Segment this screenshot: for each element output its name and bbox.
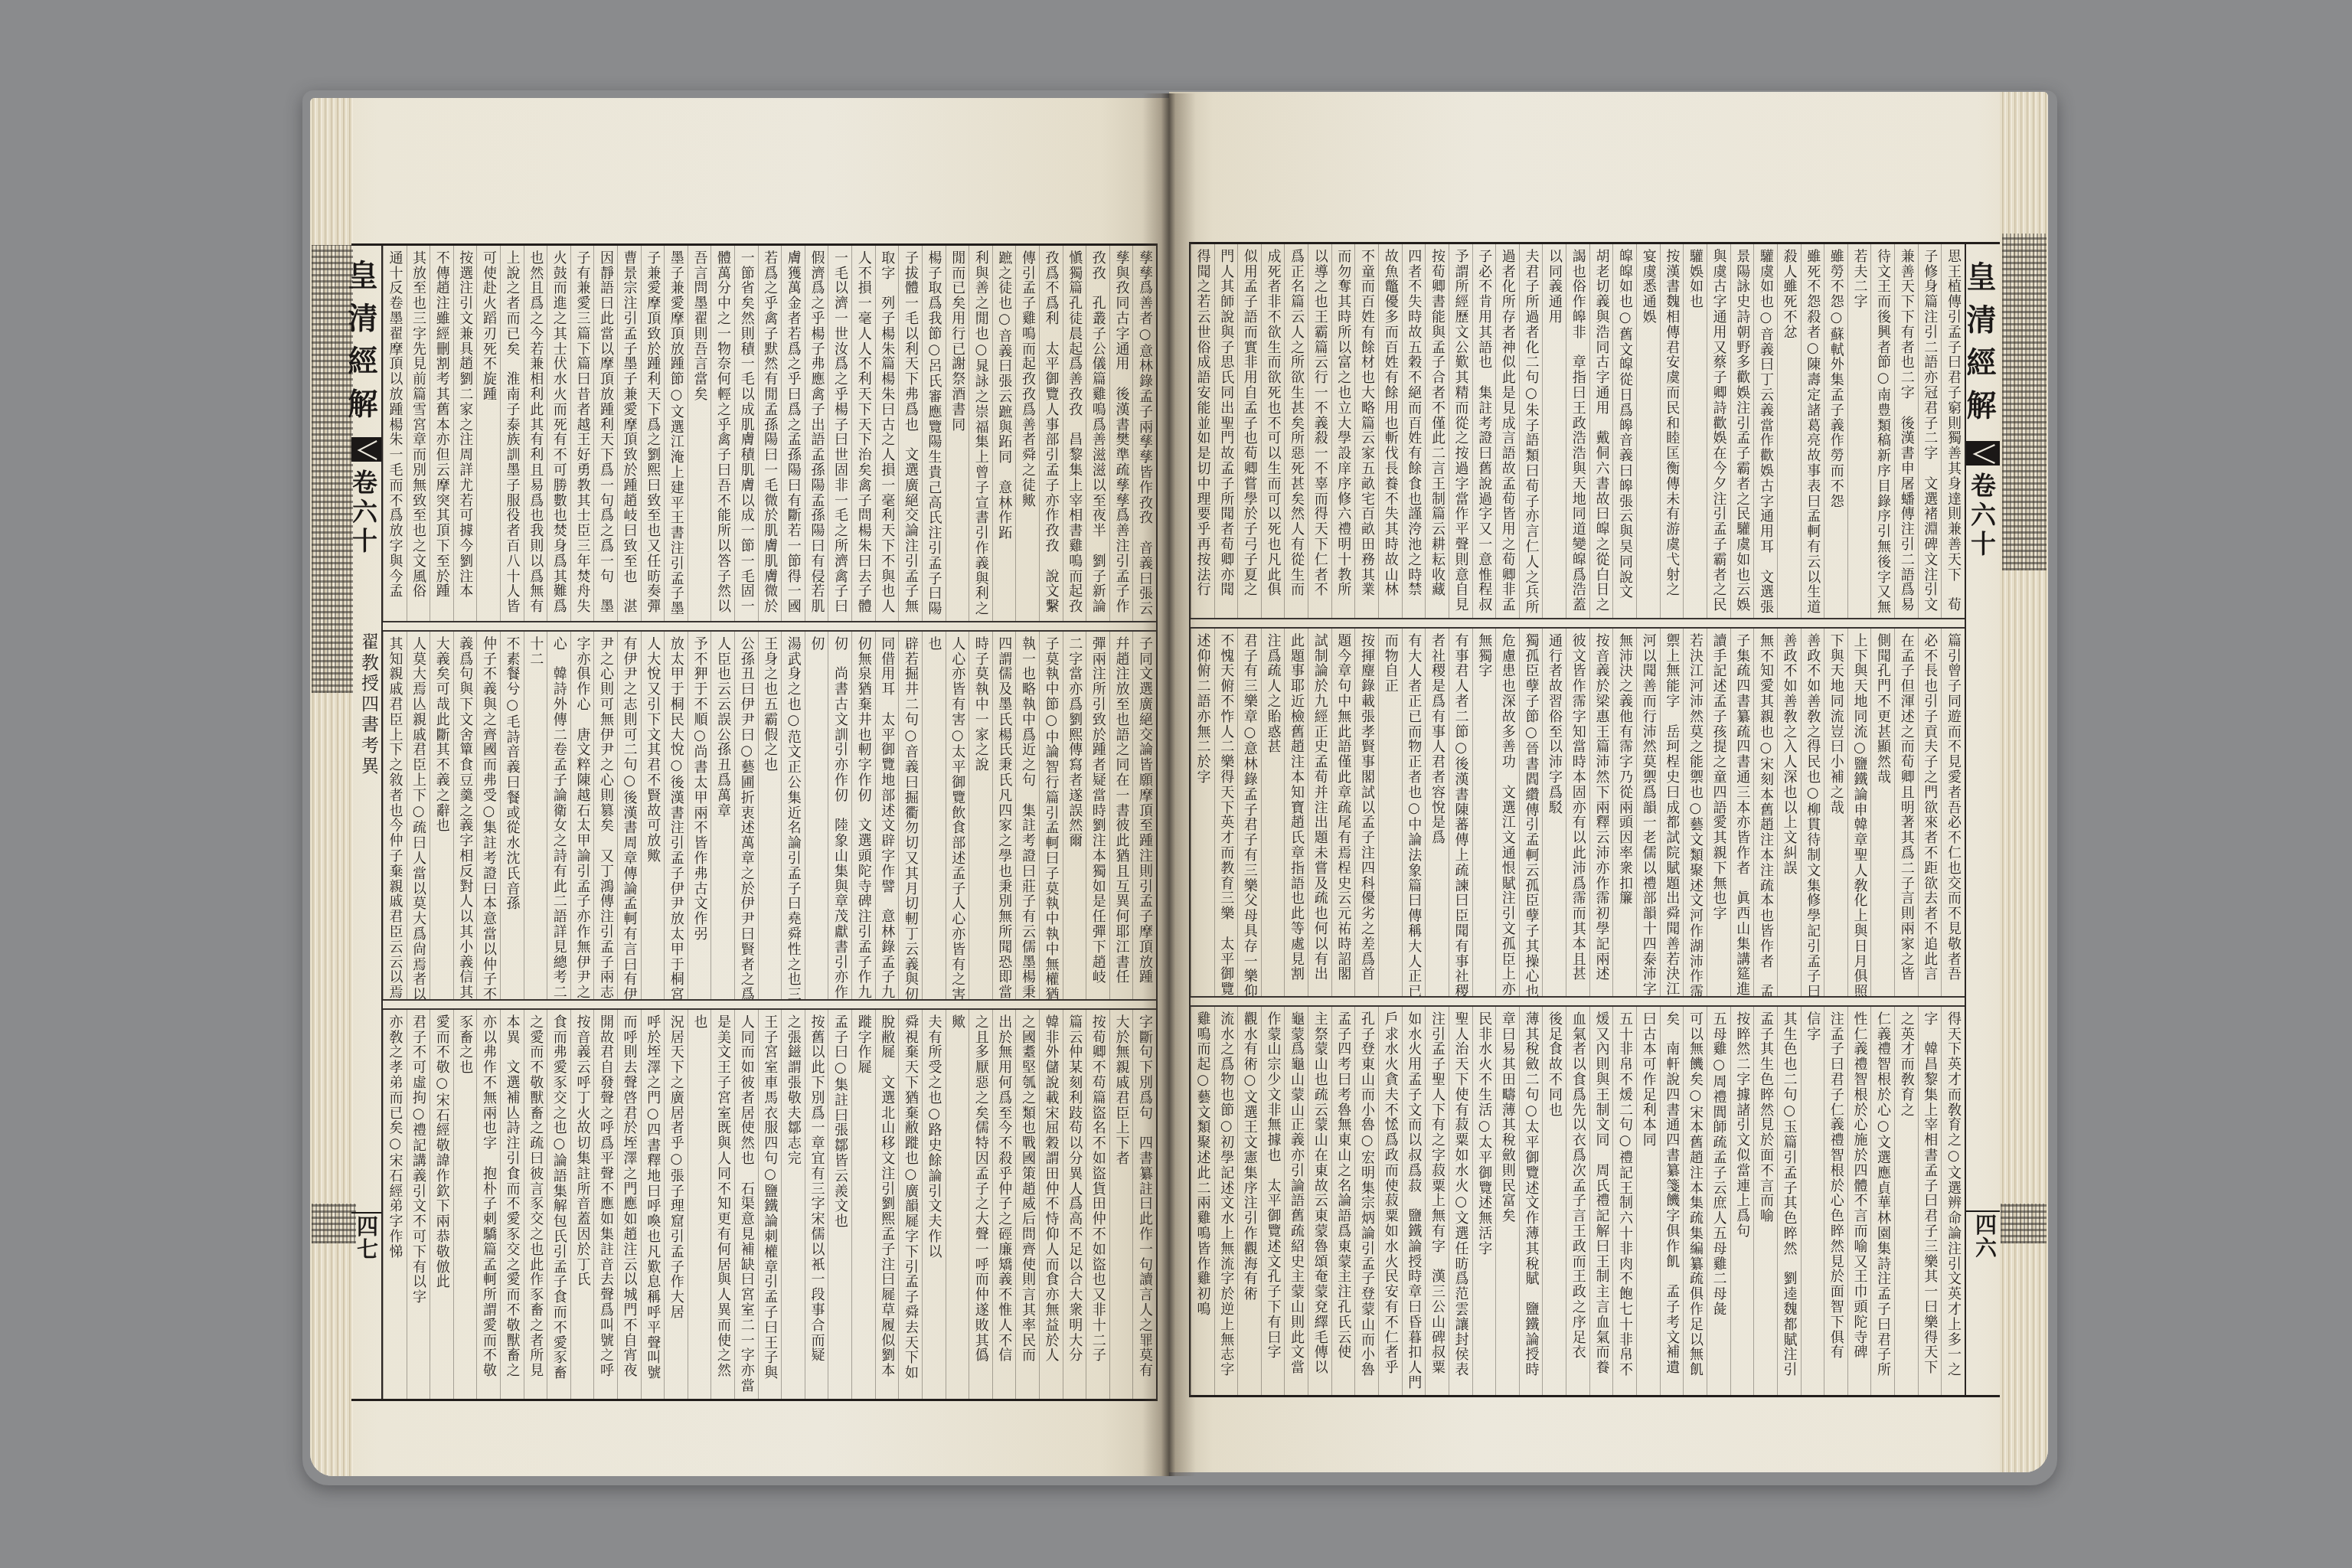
text-column: 本異 文選補亾詩注引食而不愛豕交之愛而不敬獸畜之 xyxy=(500,1010,524,1399)
text-column: 傳引孟子雞鳴而起孜孜爲善者舜之徒歟 xyxy=(1015,246,1039,621)
text-column: 其放至也三字先見前篇雪宮章而別無致至也之文風俗 xyxy=(407,246,430,621)
text-column: 曰古本可作足利本同 xyxy=(1636,1007,1660,1395)
text-column: 仞無泉猶棄井也軔字作仞 文選頭陀寺碑注引孟子作九 xyxy=(851,632,875,999)
text-column: 君子不可虛拘○禮記講義引文不可下有以字 xyxy=(407,1010,430,1399)
register-middle: 篇引曾子同遊而不見愛者吾必不仁也交而不見敬者吾必不長也引子貢夫子之門欲來者不距欲… xyxy=(1191,627,1965,998)
text-column: 孔子登東山而小魯○宏明集宗炳論引孟子登蒙山而小魯 xyxy=(1354,1007,1378,1395)
text-column: 因靜語曰此當以摩頂放踵利天下爲一句爲之爲一句 墨 xyxy=(593,246,617,621)
text-column: 此題事耶近檢舊趙注本知寶趙氏章指語也此等處見割 xyxy=(1284,629,1308,996)
text-column: 門人其師說與子思氏同出聖門故孟子所聞者荀卿亦聞 xyxy=(1214,244,1238,618)
text-column: 危慮患也深故多善功 文選江文通恨賦注引文孤臣上亦 xyxy=(1495,629,1519,996)
text-column: 愼獨篇孔徒晨起爲善孜孜 昌黎集上宰相書雞鳴而起孜 xyxy=(1063,246,1086,621)
text-column: 下與天地同流豈曰小補之哉 xyxy=(1824,629,1847,996)
text-column: 不愧天俯不怍人二樂得天下英才而教育三樂 太平御覽 xyxy=(1214,629,1238,996)
text-column: 予不狎于不順○尚書太甲兩不皆作弗古文作弜 xyxy=(688,632,711,999)
text-column: 公孫丑曰伊尹曰○藝圃折衷述萬章之於伊尹曰賢者之爲 xyxy=(734,632,758,999)
text-column: 韓非外儲說載宋屈穀謂田仲不恃仰人而食亦無益於人 xyxy=(1039,1010,1063,1399)
text-column: 不童而百姓有餘材也大略篇云家五畝宅百畝田務其業 xyxy=(1354,244,1378,618)
text-column: 食而弗愛豕交之也○論語集解包氏引孟子食而不愛豕畜 xyxy=(547,1010,570,1399)
page-margin-column: 皇清經解 卷六十 翟教授四書考異 四七 xyxy=(351,246,383,1399)
text-column: 以導之也王霸篇云行一不義殺一不辜而得天下仁者不 xyxy=(1308,244,1331,618)
text-column: 子拔體一毛以利天下弗爲也 文選廣絕交論注引孟子無 xyxy=(898,246,922,621)
text-column: 兼善天下下有者也二字 後漢書申屠蟠傳注引二語爲易 xyxy=(1894,244,1918,618)
text-column: 有伊尹之志則可二句○後漢書周章傳論孟軻有言曰有伊 xyxy=(617,632,641,999)
register-bottom: 得天下英才而敎育之○文選辨命論注引文英才上多一之字 韓昌黎集上宰相書孟子曰君子三… xyxy=(1191,1005,1965,1395)
text-column: 執一也略執中爲近之句 集註考證曰莊子有云儒墨楊秉 xyxy=(1015,632,1039,999)
text-column: 吾言問墨翟則吾言當矣 xyxy=(688,246,711,621)
text-column: 信字 xyxy=(1801,1007,1824,1395)
fishtail-mark-icon xyxy=(1966,441,2000,465)
text-column: 必不長也引子貢夫子之門欲來者不距欲去者不追此言 xyxy=(1918,629,1942,996)
text-column: 民非水火不生活○太平御覽述無活字 xyxy=(1472,1007,1496,1395)
text-column: 雖勞不怨○蘇軾外集孟子義作勞而不怨 xyxy=(1824,244,1847,618)
text-column: 子兼愛摩頂致於踵利天下爲之劉熙曰致至也又任昉奏彈 xyxy=(641,246,665,621)
text-column: 豕畜之也 xyxy=(453,1010,477,1399)
text-column: 夫有所受之也○路史餘論引文夫作以 xyxy=(922,1010,946,1399)
page-number-rule xyxy=(1966,1210,2000,1212)
text-column: 者社稷是爲有事人君者容悅是爲 xyxy=(1425,629,1449,996)
text-column: 薄其稅斂二句○太平御覽述文作薄其稅賦 鹽鐵論授時 xyxy=(1519,1007,1543,1395)
text-column: 仲子不義與之齊國而弗受○集註考證曰本意當以仲子不 xyxy=(476,632,500,999)
text-column: 謁也俗作皞非 章指曰王政浩浩與天地同道變皡爲浩蓋 xyxy=(1566,244,1589,618)
text-column: 篇云仲某刻利跂苟以分異人爲高不足以合大衆明大分 xyxy=(1063,1010,1086,1399)
text-column: 脫敝屣 文選北山移文注引劉熙孟子注曰屣草履似劉本 xyxy=(875,1010,899,1399)
text-column: 宴虞悉通娛 xyxy=(1636,244,1660,618)
text-column: 殺人雖死不忿 xyxy=(1777,244,1801,618)
text-column: 按荀卿不苟篇盜名不如盜貨田仲不如盜也又非十二子 xyxy=(1086,1010,1109,1399)
text-column: 禦上無能字 岳珂桯史曰成都試院賦題出舜聞善若決江 xyxy=(1660,629,1684,996)
text-column: 仞 尚書古文訓引亦作仞 陸象山集與章茂獻書引亦作 xyxy=(828,632,851,999)
text-column: 側聞孔門不更甚顯然哉 xyxy=(1870,629,1894,996)
text-column: 驩虞如也○音義曰丁云義當作歡娛古字通用耳 文選張 xyxy=(1753,244,1777,618)
text-column: 子有兼愛三篇下篇曰昔者越王好勇教其士臣三年焚舟失 xyxy=(570,246,594,621)
text-registers: 孳孳爲善者○意林錄孟子兩孳孳皆作孜孜 音義曰張云孳與孜同古字通用 後漢書樊準疏孳… xyxy=(383,246,1156,1399)
text-column: 可以無饑矣○宋本舊趙注本集疏集編纂疏俱作足以無飢 xyxy=(1683,1007,1707,1395)
text-column: 題今章句中無此語僅此章疏尾有焉桯史云元祐時詔閣 xyxy=(1331,629,1355,996)
text-column: 也 xyxy=(922,632,946,999)
book-title: 皇清經解 xyxy=(351,260,381,431)
text-column: 開故君自發聲之呼爲平聲不應如集註音去聲爲叫號之呼 xyxy=(593,1010,617,1399)
text-column: 十二 xyxy=(524,632,547,999)
text-column: 子修身篇注引二語亦冠君子二字 文選褚淵碑文注引文 xyxy=(1918,244,1942,618)
text-column: 試制論於九經正史孟荀并注出題未嘗及疏也何以有出 xyxy=(1308,629,1331,996)
text-column: 取字 列子楊朱篇楊朱曰古之人損一毫利天下不與也人 xyxy=(875,246,899,621)
text-column: 孟子四考曰考魯無東山之名論語爲東蒙主注孔氏云使 xyxy=(1331,1007,1355,1395)
text-column: 五十非帛不煖二句○禮記王制六十非肉不飽七十非帛不 xyxy=(1612,1007,1636,1395)
text-column: 獨孤臣孽子節○晉書閻纘傳引孟軻云孤臣孽子其操心也 xyxy=(1519,629,1543,996)
text-column: 無獨字 xyxy=(1472,629,1496,996)
text-column: 按選注引文兼具趙劉二家之注周詳尤若可據今劉注本 xyxy=(453,246,477,621)
text-column: 之愛而不敬獸畜之疏曰彼言豕交之也此作豕畜之者所見 xyxy=(524,1010,547,1399)
text-column: 大義矣可哉此斷其不義之辭也 xyxy=(430,632,453,999)
text-column: 孟子其生色睟然見於面不言而喻 xyxy=(1753,1007,1777,1395)
text-column: 人心亦皆有害○太平御覽飲食部述孟子人心亦皆有之害 xyxy=(946,632,969,999)
text-column: 王子宮室車馬衣服四句○鹽鐵論刺權章引孟子曰王子與 xyxy=(758,1010,782,1399)
text-column: 按音義云呼丁火故切集註所音蓋因於丁氏 xyxy=(570,1010,594,1399)
text-column: 愛而不敬○宋石經敬諱作欽下兩恭敬倣此 xyxy=(430,1010,453,1399)
register-bottom: 字斷句下別爲句 四書纂註曰此作一句讀言人之罪莫有大於無親戚君臣上下者按荀卿不苟篇… xyxy=(383,1008,1156,1399)
text-column: 上說之者而已矣 淮南子泰族訓墨子服役者百八十人皆 xyxy=(500,246,524,621)
text-column: 有事君人者二節○後漢書陳蕃傳上疏諫曰臣聞有事社稷 xyxy=(1449,629,1472,996)
text-column: 通十反卷墨翟摩頂以放踵楊朱一毛而不爲放字與今孟 xyxy=(383,246,407,621)
text-column: 無不知愛其親也○宋刻本舊趙注本注疏本也皆作者 孟 xyxy=(1753,629,1777,996)
text-column: 子莫執中節○中論智行篇引孟軻曰子莫執中執中無權猶 xyxy=(1039,632,1063,999)
text-column: 按睟然二字據諸引文似當連上爲句 xyxy=(1730,1007,1754,1395)
text-column: 仞 xyxy=(805,632,828,999)
text-column: 亦敎之孝弟而已矣○宋石經弟字作悌 xyxy=(383,1010,407,1399)
text-registers: 思王植傳引孟子曰君子窮則獨善其身達則兼善天下 荀子修身篇注引二語亦冠君子二字 文… xyxy=(1191,244,1965,1395)
text-column: 河以聞善而行沛然莫禦爲韻一老儒以禮部韻十四泰沛字 xyxy=(1636,629,1660,996)
text-column: 假濟爲之乎楊子弗應禽子出語孟孫陽孟孫陽曰有侵若肌 xyxy=(805,246,828,621)
text-column: 蹠之徒也○音義曰張云蹠與跖同 意林作跖 xyxy=(992,246,1016,621)
text-column: 若決江河沛然莫之能禦也○藝文類聚述文河作湖沛作霈 xyxy=(1683,629,1707,996)
text-column: 予謂所經歷文公歎其精而從之按過字當作平聲則意自見 xyxy=(1449,244,1472,618)
text-column: 待文王而後興者節○南豊類稿新序目錄序引無後字又無 xyxy=(1870,244,1894,618)
text-column: 孟子曰○集註曰張鄒皆云羨文也 xyxy=(828,1010,851,1399)
text-column: 不傳趙注雖經刪割考其舊本亦但云摩突其頂下至於踵 xyxy=(430,246,453,621)
text-column: 善政不如善敎之得民也○柳貫待制文集修學記引孟子曰 xyxy=(1801,629,1824,996)
text-column: 注引孟子聖人下有之字菽粟上無有字 漢三公山碑叔粟 xyxy=(1425,1007,1449,1395)
page-margin-column: 皇清經解 卷六十 四六 xyxy=(1965,244,2000,1395)
text-column: 可使赴火蹈刃死不旋踵 xyxy=(476,246,500,621)
text-column: 體萬分中之一物奈何輕之乎禽子曰吾不能所以答子然以 xyxy=(710,246,734,621)
text-column: 同借用耳 太平御覽地部述文辟字作譬 意林錄孟子九 xyxy=(875,632,899,999)
text-column: 龜蒙爲龜山蒙山正義亦引論語舊疏紹史主蒙山則此文當 xyxy=(1284,1007,1308,1395)
text-column: 人大悅又引下文其君不賢故可放歟 xyxy=(641,632,665,999)
text-column: 湯武身之也○范文正公集近名論引孟子曰堯舜性之也三 xyxy=(781,632,805,999)
register-top: 孳孳爲善者○意林錄孟子兩孳孳皆作孜孜 音義曰張云孳與孜同古字通用 後漢書樊準疏孳… xyxy=(383,246,1156,622)
text-column: 心 韓詩外傳二卷孟子論衛女之詩有此二語詳見總考二 xyxy=(547,632,570,999)
text-column: 子必不肯用其語也 集註考證曰舊說過字又一意惟程叔 xyxy=(1472,244,1496,618)
text-column: 注孟子曰君子仁義禮智根於心色睟然見於面智下俱有 xyxy=(1824,1007,1847,1395)
text-column: 夫君子所過者化二句○朱子語類曰荀子亦言仁人之兵所 xyxy=(1519,244,1543,618)
text-column: 無沛決之義他有霈字乃從兩頭因率衆扣簾 xyxy=(1612,629,1636,996)
text-column: 若爲之乎禽子默然有閒孟孫陽曰一毛微於肌膚肌膚微於 xyxy=(758,246,782,621)
text-column: 胡老切義與浩同古字通用 戴侗六書故曰皡之從白日之 xyxy=(1589,244,1613,618)
text-column: 主祭蒙山也疏云蒙山在東故云東蒙魯頌奄蒙兗繹毛傳以 xyxy=(1308,1007,1331,1395)
text-column: 血氣者以食爲先以衣爲次孟子言王政而王政之序足衣 xyxy=(1566,1007,1589,1395)
text-column: 得天下英才而敎育之○文選辨命論注引文英才上多一之 xyxy=(1941,1007,1965,1395)
volume-label: 卷六十 xyxy=(351,469,381,557)
text-column: 人不損一毫人人不利天下天下治矣禽子問楊朱曰去子體 xyxy=(851,246,875,621)
text-column: 人臣也云云誤公孫丑爲萬章 xyxy=(710,632,734,999)
text-column: 也然且爲之今若兼相利此其有利且易爲也我則以爲無有 xyxy=(524,246,547,621)
left-page: 皇清經解 卷六十 翟教授四書考異 四七 孳孳爲善者○意林錄孟子兩孳孳皆作孜孜 音… xyxy=(310,98,1169,1476)
fishtail-mark-icon xyxy=(351,437,381,462)
text-column: 仁義禮智根於心○文選應貞華林園集詩注孟子曰君子所 xyxy=(1870,1007,1894,1395)
fore-edge-pagenum-bleed xyxy=(2001,1204,2047,1243)
text-column: 義爲句與下文舍簞食豆羹之義字相反對人以其小義信其 xyxy=(453,632,477,999)
text-column: 之張鎡謂張敬夫鄒志完 xyxy=(781,1010,805,1399)
text-column: 舜視棄天下猶棄敝蹝也○廣韻屣字下引孟子舜去天下如 xyxy=(898,1010,922,1399)
text-column: 按揮麈錄載張孝賢事閣試以孟子注四科優劣之差爲首 xyxy=(1354,629,1378,996)
text-column: 矣 南軒說四書通四書纂箋饑字俱作飢 孟子考文補遺 xyxy=(1660,1007,1684,1395)
text-column: 如水火用孟子文而以叔爲菽 鹽鐵論授時章曰昏暮扣人門 xyxy=(1402,1007,1426,1395)
text-column: 孜爲不爲利 太平御覽人事部引孟子亦作孜孜 說文繫 xyxy=(1039,246,1063,621)
text-column: 雖死不怨殺者○陳壽定諸葛亮故事表曰孟軻有云以生道 xyxy=(1801,244,1824,618)
page-number: 四六 xyxy=(1966,1214,2000,1259)
text-column: 以同義通用 xyxy=(1542,244,1566,618)
text-column: 膚獲萬金者若爲之乎曰爲之孟孫陽曰有斷若一節得一國 xyxy=(781,246,805,621)
text-column: 字 韓昌黎集上宰相書孟子曰君子三樂其一曰樂得天下 xyxy=(1918,1007,1942,1395)
volume-label: 卷六十 xyxy=(1966,472,2000,560)
text-column: 故魚鼈優多而百姓有餘用也斬伐長養不失其時故山林 xyxy=(1378,244,1402,618)
text-column: 放太甲于桐民大悅○後漢書注引孟子伊尹放太甲于桐宮 xyxy=(664,632,688,999)
text-column: 王身之也五霸假之也 xyxy=(758,632,782,999)
text-column: 觀水有術○文選王文憲集序注引作觀海有術 xyxy=(1237,1007,1261,1395)
text-column: 在孟子但渾述之而荀卿且明著其爲二子言則兩家之皆 xyxy=(1894,629,1918,996)
text-column: 君子有三樂章○意林錄孟子君子有三樂父母具存一樂仰 xyxy=(1237,629,1261,996)
text-column: 成死者非不欲生而欲死也不可以生而可以死也凡此俱 xyxy=(1261,244,1285,618)
work-subtitle: 翟教授四書考異 xyxy=(351,632,381,777)
text-column: 爲正名篇云人之所欲生甚矣所惡死甚矣然人有從生而 xyxy=(1284,244,1308,618)
text-column: 似用孟子語而實非用自孟子也荀卿嘗學於子弓子夏之 xyxy=(1237,244,1261,618)
text-column: 注爲疏人之貽惑甚 xyxy=(1261,629,1285,996)
text-column: 戶求水火貪夫不恡爲政而使菽粟如水火民安有不仁者乎 xyxy=(1378,1007,1402,1395)
text-column: 作蒙山宗少文非無據也 太平御覽述文孔子下有曰字 xyxy=(1261,1007,1285,1395)
text-column: 不素餐兮○毛詩音義曰餐或從水沈氏音孫 xyxy=(500,632,524,999)
text-column: 有大人者正已而物正者也○中論法象篇曰傳稱大人正已 xyxy=(1402,629,1426,996)
text-column: 過者化所存者神似此是見成言語故孟荀皆用之荀卿非孟 xyxy=(1495,244,1519,618)
text-column: 人同而如彼者居使然也 石渠意見補缺曰宮室二一字亦當 xyxy=(734,1010,758,1399)
text-column: 流水之爲物也節○初學記述文水上無流字於逆上無志字 xyxy=(1214,1007,1238,1395)
text-column: 通行者故習俗至以沛字爲駁 xyxy=(1542,629,1566,996)
text-column: 一毛以濟一世汝爲之乎楊子曰世固非一毛之所濟禽子曰 xyxy=(828,246,851,621)
text-column: 按舊以此下別爲一章宜有三字宋儒以衹一段事合而疑 xyxy=(805,1010,828,1399)
text-column: 聖人治天下使有菽粟如水火○文選任昉爲范雲讓封侯表 xyxy=(1449,1007,1472,1395)
text-column: 利與善之閒也○晁詠之崇福集上曾子宣書引作義與利之 xyxy=(969,246,992,621)
fore-edge-title-bleed xyxy=(2002,234,2047,570)
left-page-frame: 皇清經解 卷六十 翟教授四書考異 四七 孳孳爲善者○意林錄孟子兩孳孳皆作孜孜 音… xyxy=(351,243,1158,1401)
text-column: 之國耋堅瓠之類也戰國策趙威后問齊使則言其率民而 xyxy=(1015,1010,1039,1399)
text-column: 字亦俱作心 唐文粹陳越石太甲論引孟子亦作無伊尹之 xyxy=(570,632,594,999)
text-column: 四謂儒及墨氏楊氏秉氏凡四家之學也秉別無所聞恐即當 xyxy=(992,632,1016,999)
text-column: 蹝字作屣 xyxy=(851,1010,875,1399)
text-column: 與虞古字通用又蔡子卿詩歡娛在今夕注引孟子霸者之民 xyxy=(1707,244,1730,618)
right-page-frame: 思王植傳引孟子曰君子窮則獨善其身達則兼善天下 荀子修身篇注引二語亦冠君子二字 文… xyxy=(1189,242,2000,1397)
text-column: 時子莫執中一家之說 xyxy=(969,632,992,999)
page-number-rule xyxy=(351,1212,381,1214)
text-column: 一節省矣然則積一毛以成肌膚積肌膚以成一節一毛固一 xyxy=(734,246,758,621)
right-page: 思王植傳引孟子曰君子窮則獨善其身達則兼善天下 荀子修身篇注引二語亦冠君子二字 文… xyxy=(1169,92,2048,1472)
text-column: 五母雞○周禮閭師疏孟子云庶人五母雞二母彘 xyxy=(1707,1007,1730,1395)
text-column: 出於無用何爲至今不殺乎仲子之硜廉矯義不惟人不信 xyxy=(992,1010,1016,1399)
text-column: 子集疏四書纂疏四書通三本亦皆作者 眞西山集講筵進 xyxy=(1730,629,1754,996)
book-title: 皇清經解 xyxy=(1966,261,2000,433)
text-column: 景陽詠史詩朝野多歡娛注引孟子霸者之民驩虞如也云娛 xyxy=(1730,244,1754,618)
text-column: 辟若掘井二句○音義曰掘衢勿切又其月切軔丁云義與仞 xyxy=(898,632,922,999)
text-column: 驩娛如也 xyxy=(1683,244,1707,618)
text-column: 亦以弗作不無兩也字 抱朴子刺驕篇孟軻所謂愛而不敬 xyxy=(476,1010,500,1399)
text-column: 火鼓而進之其士伏水火而死有不可勝數也焚身爲其難爲 xyxy=(547,246,570,621)
text-column: 四者不失時故五穀不絕而百姓有餘食也謹洿池之時禁 xyxy=(1402,244,1426,618)
text-column: 楊子取爲我節○呂氏審應覽陽生貴己高氏注引孟子曰陽 xyxy=(922,246,946,621)
text-column: 而勿奪其時所以富之也立大學設庠序修六禮明十教所 xyxy=(1331,244,1355,618)
page-number: 四七 xyxy=(351,1215,381,1261)
text-column: 讀手記述孟子孩提之童四語愛其親下無也字 xyxy=(1707,629,1730,996)
text-column: 按音義於梁惠王篇沛然下兩釋云沛亦作霈初學記兩述 xyxy=(1589,629,1613,996)
text-column: 二字當亦爲劉熙傳寫者遂誤然爾 xyxy=(1063,632,1086,999)
text-column: 之英才而敎育之 xyxy=(1894,1007,1918,1395)
text-column: 而呼則去聲啓君於垤澤之門應如趙注云以城門不自宵夜 xyxy=(617,1010,641,1399)
text-column: 也 xyxy=(688,1010,711,1399)
text-column: 況居天下之廣居者乎○張子理窟引孟子作大居 xyxy=(664,1010,688,1399)
text-column: 曹景宗注引孟子墨子兼愛摩頂致於踵趙岐曰致至也 湛 xyxy=(617,246,641,621)
text-column: 皡皡如也○舊文皡從日爲皞音義曰皞張云與昊同說文 xyxy=(1612,244,1636,618)
text-column: 煖又內則與王制文同 周氏禮記解曰王制主言血氣而養 xyxy=(1589,1007,1613,1395)
register-middle: 子同文選廣絕交論皆願摩頂至踵注則引孟子摩頂放踵幷趙注放至也語之同在一書彼此猶且互… xyxy=(383,630,1156,1001)
text-column: 而物自正 xyxy=(1378,629,1402,996)
text-column: 性仁義禮智根於心施於四體不言而喻又王巾頭陀寺碑 xyxy=(1847,1007,1871,1395)
text-column: 孳與孜同古字通用 後漢書樊準疏孳孳爲善注引孟子作 xyxy=(1109,246,1133,621)
text-column: 篇引曾子同遊而不見愛者吾必不仁也交而不見敬者吾 xyxy=(1941,629,1965,996)
text-column: 呼於垤澤之門○四書釋地曰呼喚也凡歎息稱呼平聲叫號 xyxy=(641,1010,665,1399)
text-column: 尹之心則可無伊尹之心則篡矣 又丁鴻傳注引孟子兩志 xyxy=(593,632,617,999)
text-column: 章曰易其田疇薄其稅斂則民富矣 xyxy=(1495,1007,1519,1395)
text-column: 孜孜 孔叢子公儀篇雞鳴爲善滋滋以至夜半 劉子新論 xyxy=(1086,246,1109,621)
text-column: 歟 xyxy=(946,1010,969,1399)
text-column: 上下與天地同流○鹽鐵論申韓章聖人敎化上與日月俱照 xyxy=(1847,629,1871,996)
text-column: 彼文皆作霈字知當時本固亦有以此沛爲霈而其本且甚 xyxy=(1566,629,1589,996)
text-column: 後足食故不同也 xyxy=(1542,1007,1566,1395)
fore-edge-pagenum-bleed xyxy=(312,1204,356,1243)
text-column: 按荀卿書能與孟子合者不僅此二言王制篇云耕耘收藏 xyxy=(1425,244,1449,618)
text-column: 其知親戚君臣上下之敘者也今仲子棄親戚君臣云云以焉 xyxy=(383,632,407,999)
text-column: 是美文王子宮室既與人同不知更有何居與人異而使之然 xyxy=(710,1010,734,1399)
book-spine-gutter xyxy=(1142,93,1196,1476)
text-column: 若夫二字 xyxy=(1847,244,1871,618)
text-column: 大於無親戚君臣上下者 xyxy=(1109,1010,1133,1399)
register-top: 思王植傳引孟子曰君子窮則獨善其身達則兼善天下 荀子修身篇注引二語亦冠君子二字 文… xyxy=(1191,244,1965,619)
text-column: 按漢書魏相傳君安虞而民和睦匡衡傳未有游虞弋射之 xyxy=(1660,244,1684,618)
text-column: 幷趙注放至也語之同在一書彼此猶且互異何耶江書任 xyxy=(1109,632,1133,999)
text-column: 閒而已矣用行已謝祭酒書同 xyxy=(946,246,969,621)
text-column: 人莫大焉亾親戚君臣上下○疏曰人當以莫大爲尙焉者以 xyxy=(407,632,430,999)
text-column: 之且多厭惡之矣儒特因孟子之大聲一呼而仲遂敗其僞 xyxy=(969,1010,992,1399)
text-column: 其生色也二句○玉篇引孟子其色睟然 劉逵魏都賦注引 xyxy=(1777,1007,1801,1395)
text-column: 墨子兼愛摩頂放踵節○文選江淹上建平王書注引孟子墨 xyxy=(664,246,688,621)
text-column: 彈兩注所引致於踵者疑當時劉注本獨如是任彈下趙岐 xyxy=(1086,632,1109,999)
text-column: 善政不如善敎之入人深也以上文糾誤 xyxy=(1777,629,1801,996)
